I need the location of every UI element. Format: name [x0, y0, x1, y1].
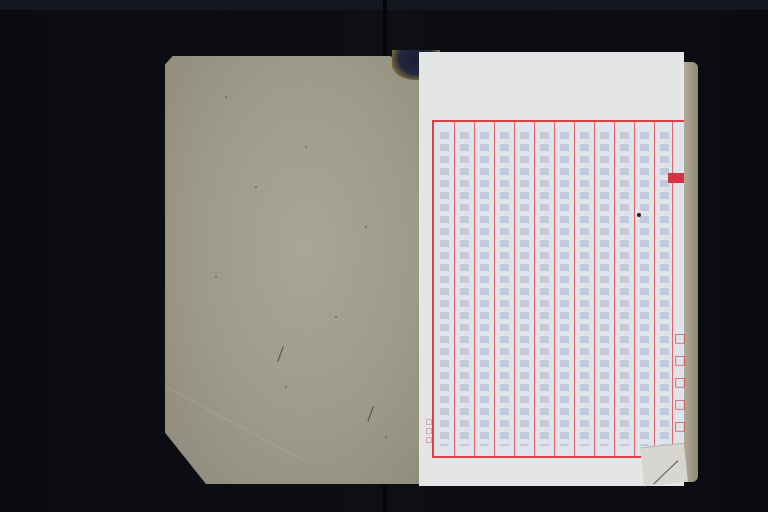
- column-rule: [514, 122, 515, 456]
- folio-mark: □: [424, 418, 434, 427]
- margin-mark: □: [670, 418, 690, 434]
- show-through-text: [600, 132, 609, 446]
- show-through-text: [520, 132, 529, 446]
- folio-mark: □: [424, 427, 434, 436]
- column-rule: [634, 122, 635, 456]
- paper-fleck: [365, 226, 367, 228]
- paper-fleck: [305, 146, 307, 148]
- page-crease: [165, 386, 307, 462]
- torn-corner: [640, 443, 688, 486]
- paper-fleck: [255, 186, 257, 188]
- paper-fleck: [215, 276, 217, 278]
- show-through-text: [580, 132, 589, 446]
- column-rule: [594, 122, 595, 456]
- column-rule: [574, 122, 575, 456]
- column-rule: [554, 122, 555, 456]
- folio-mark: □: [424, 436, 434, 445]
- margin-mark: □: [670, 374, 690, 390]
- show-through-text: [540, 132, 549, 446]
- column-rule: [534, 122, 535, 456]
- paper-fiber: [277, 346, 283, 361]
- column-rule: [494, 122, 495, 456]
- paper-fiber: [367, 406, 373, 421]
- show-through-text: [480, 132, 489, 446]
- show-through-text: [620, 132, 629, 446]
- margin-mark: □: [670, 396, 690, 412]
- column-rule: [614, 122, 615, 456]
- show-through-text: [500, 132, 509, 446]
- paper-fleck: [335, 316, 337, 318]
- margin-mark: □: [670, 352, 690, 368]
- show-through-text: [560, 132, 569, 446]
- paper-fleck: [385, 436, 387, 438]
- red-margin-tab: [668, 173, 684, 183]
- ink-dot: [637, 213, 641, 217]
- margin-mark: □: [670, 330, 690, 346]
- margin-printed-marks: □ □ □ □ □: [670, 330, 690, 434]
- show-through-text: [460, 132, 469, 446]
- ruled-frame: [432, 120, 684, 458]
- column-rule: [474, 122, 475, 456]
- paper-fleck: [285, 386, 287, 388]
- left-cover-page: [165, 56, 421, 484]
- show-through-text: [640, 132, 649, 446]
- paper-fleck: [225, 96, 227, 98]
- column-rule: [654, 122, 655, 456]
- show-through-text: [440, 132, 449, 446]
- column-rule: [454, 122, 455, 456]
- folio-marks: □ □ □: [424, 418, 434, 445]
